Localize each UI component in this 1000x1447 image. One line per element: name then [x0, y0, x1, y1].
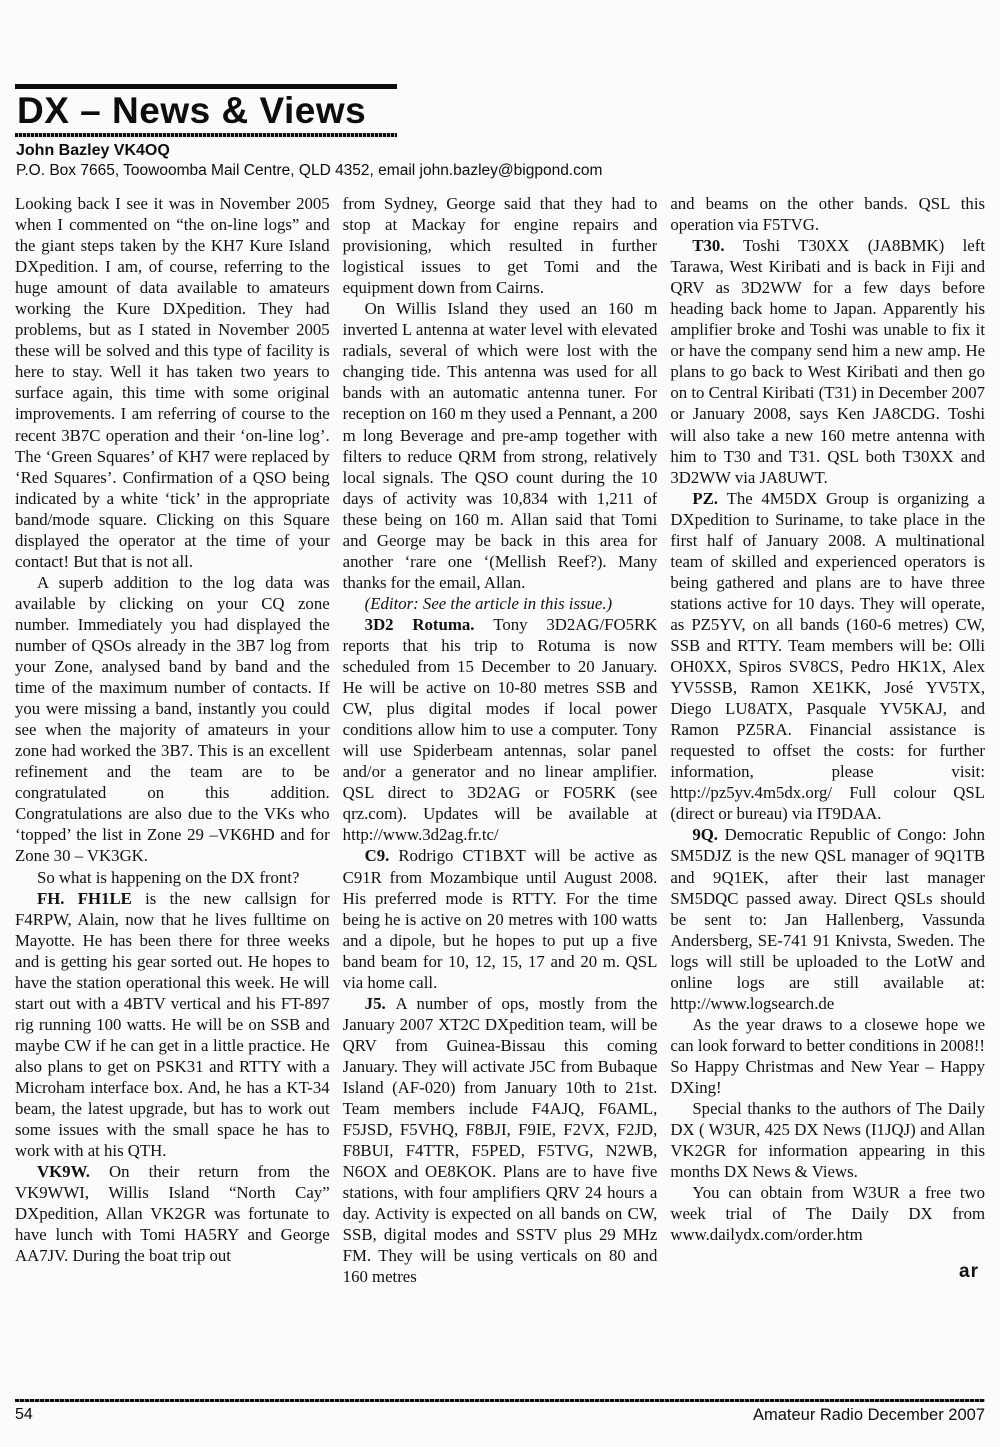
author-contact-line: P.O. Box 7665, Toowoomba Mail Centre, QL… — [16, 162, 602, 180]
column-3: and beams on the other bands. QSL this o… — [670, 193, 985, 1397]
paragraph: You can obtain from W3UR a free two week… — [670, 1182, 985, 1245]
column-2: from Sydney, George said that they had t… — [343, 193, 658, 1397]
paragraph-lead: 9Q. — [692, 825, 724, 844]
paragraph: A superb addition to the log data was av… — [15, 572, 330, 867]
paragraph: As the year draws to a closewe hope we c… — [670, 1014, 985, 1098]
paragraph: Special thanks to the authors of The Dai… — [670, 1098, 985, 1182]
paragraph-lead: C9. — [365, 846, 399, 865]
magazine-page: DX – News & Views John Bazley VK4OQ P.O.… — [0, 0, 1000, 1447]
paragraph: J5. A number of ops, mostly from the Jan… — [343, 993, 658, 1288]
paragraph: and beams on the other bands. QSL this o… — [670, 193, 985, 235]
paragraph-lead: VK9W. — [37, 1162, 109, 1181]
paragraph: 9Q. Democratic Republic of Congo: John S… — [670, 824, 985, 1013]
paragraph: (Editor: See the article in this issue.) — [343, 593, 658, 614]
paragraph-lead: T30. — [692, 236, 743, 255]
masthead: DX – News & Views — [15, 84, 397, 137]
paragraph: On Willis Island they used an 160 m inve… — [343, 298, 658, 593]
page-number: 54 — [15, 1406, 33, 1424]
paragraph-lead: 3D2 Rotuma. — [365, 615, 494, 634]
paragraph-lead: PZ. — [692, 489, 726, 508]
headline-under-rule — [15, 133, 397, 137]
page-footer: 54 Amateur Radio December 2007 — [15, 1406, 985, 1425]
publication-name: Amateur Radio December 2007 — [753, 1406, 985, 1425]
paragraph: VK9W. On their return from the VK9WWI, W… — [15, 1161, 330, 1266]
column-1: Looking back I see it was in November 20… — [15, 193, 330, 1397]
paragraph: C9. Rodrigo CT1BXT will be active as C91… — [343, 845, 658, 992]
paragraph: PZ. The 4M5DX Group is organizing a DXpe… — [670, 488, 985, 825]
paragraph: from Sydney, George said that they had t… — [343, 193, 658, 298]
paragraph: T30. Toshi T30XX (JA8BMK) left Tarawa, W… — [670, 235, 985, 488]
paragraph: FH. FH1LE is the new callsign for F4RPW,… — [15, 888, 330, 1162]
paragraph: Looking back I see it was in November 20… — [15, 193, 330, 572]
article-body: Looking back I see it was in November 20… — [15, 193, 985, 1397]
paragraph: So what is happening on the DX front? — [15, 867, 330, 888]
footer-rule — [15, 1399, 985, 1402]
author-byline: John Bazley VK4OQ — [16, 142, 170, 160]
end-of-article-mark: ar — [670, 1245, 985, 1282]
page-title: DX – News & Views — [15, 89, 397, 133]
paragraph-lead: FH. FH1LE — [37, 889, 145, 908]
paragraph: 3D2 Rotuma. Tony 3D2AG/FO5RK reports tha… — [343, 614, 658, 846]
paragraph-lead: J5. — [365, 994, 396, 1013]
